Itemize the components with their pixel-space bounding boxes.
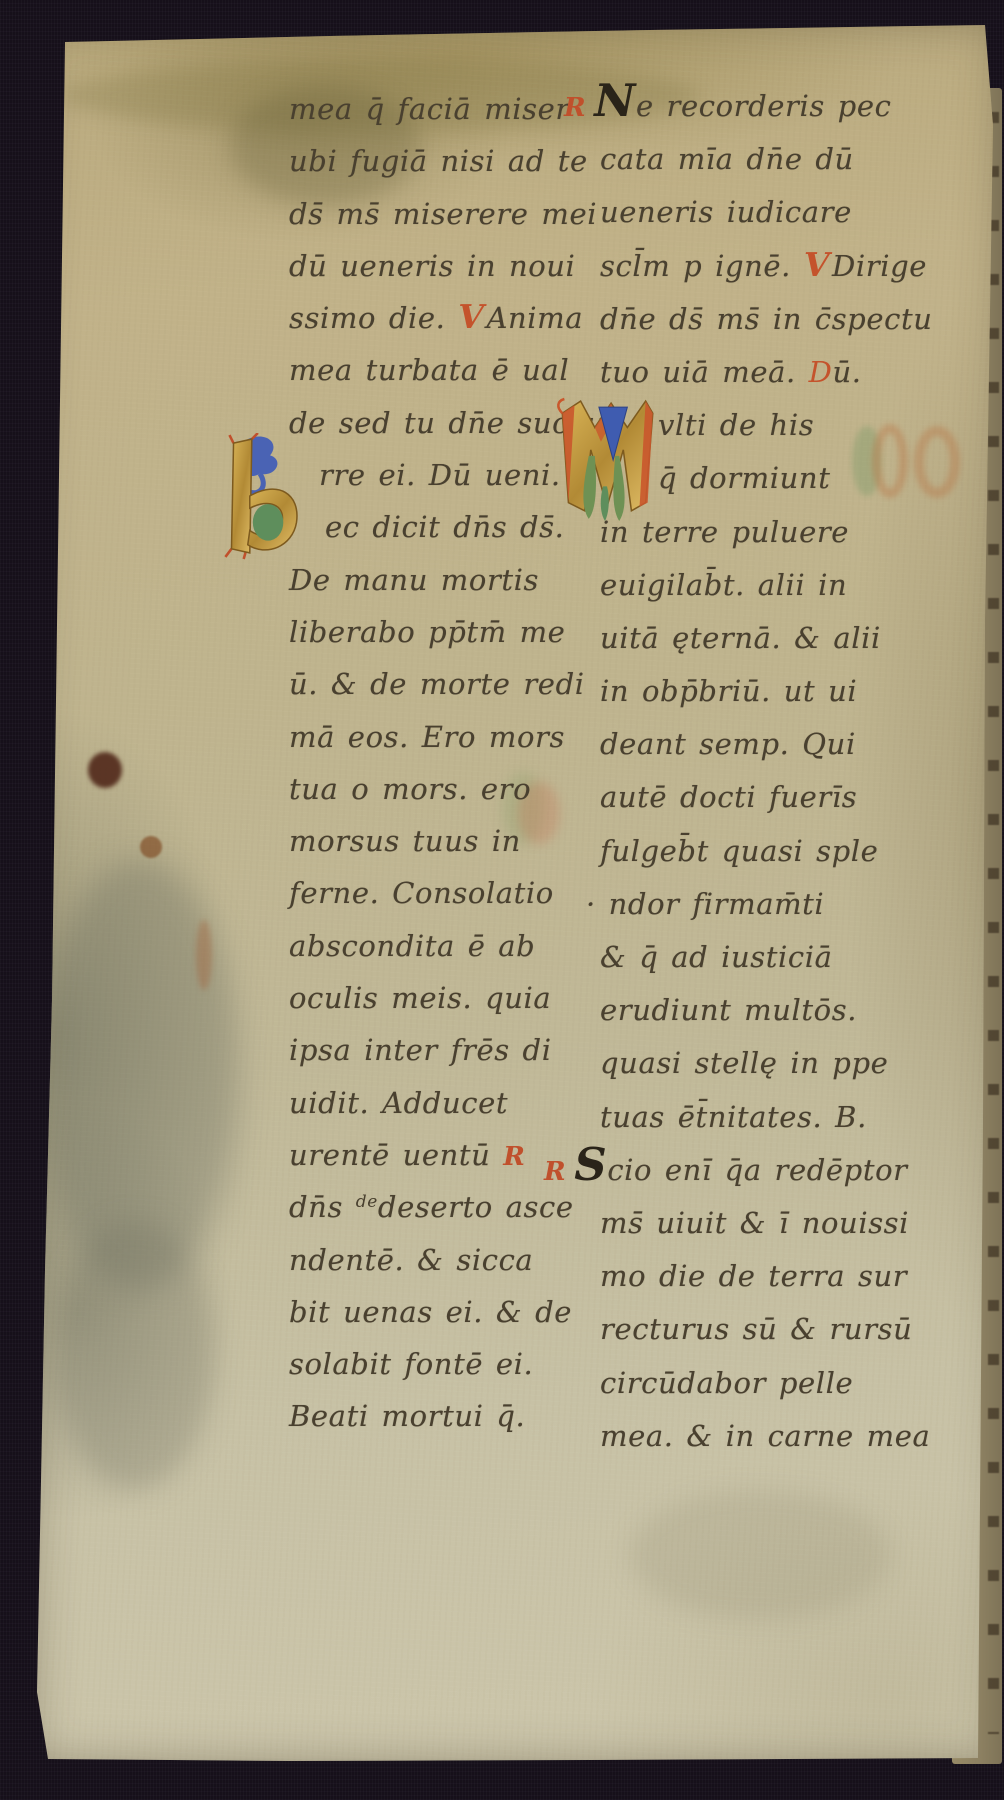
text-line: tuas ēt̄nitates. B.: [600, 1091, 932, 1144]
text-line: recturus sū & rursū: [600, 1303, 932, 1356]
stain-bottom-center: [630, 1490, 890, 1620]
text-run-ink: dn̄s: [289, 1190, 356, 1224]
text-line: cata mīa dn̄e dū: [600, 133, 932, 186]
text-line: tua o mors. ero: [289, 763, 605, 815]
text-run-ink: mo die de terra sur: [600, 1259, 907, 1293]
text-run-ink: q̄ dormiunt: [658, 461, 830, 495]
text-line: · ndor firmam̄ti: [586, 878, 932, 931]
text-run-ink: tua o mors. ero: [289, 772, 531, 806]
text-line: De manu mortis: [289, 554, 605, 606]
text-run-rubric-v: V: [804, 245, 830, 284]
text-run-ink: erudiunt multōs.: [600, 993, 857, 1027]
text-run-ink: ds̄ ms̄ miserere mei: [289, 197, 597, 231]
fore-edge-text-showthrough: [988, 112, 999, 1734]
text-run-rubric: R: [544, 1157, 566, 1187]
text-line: ubi fugiā nisi ad te: [289, 135, 605, 187]
text-line: ueneris iudicare: [600, 186, 932, 239]
text-line: ds̄ ms̄ miserere mei: [289, 188, 605, 240]
text-run-ink: euigilab̄t. alii in: [600, 568, 847, 602]
text-run-ink: dn̄e ds̄ ms̄ in c̄spectu: [600, 302, 932, 336]
text-run-ink: recturus sū & rursū: [600, 1312, 912, 1346]
text-line: abscondita ē ab: [289, 920, 605, 972]
left-text-column: mea q̄ faciā miserubi fugiā nisi ad teds…: [289, 83, 605, 1443]
text-line: ferne. Consolatio: [289, 867, 605, 919]
text-run-ink: solabit fontē ei.: [289, 1347, 533, 1381]
text-line: de sed tu dn̄e succu: [289, 397, 605, 449]
text-run-rubric-d: D: [809, 355, 833, 389]
text-run-versal: S: [574, 1138, 607, 1191]
text-line: RNe recorderis pec: [564, 80, 932, 133]
text-line: mea q̄ faciā miser: [289, 83, 605, 135]
text-run-ink: de sed tu dn̄e succu: [289, 406, 605, 440]
text-line: ū. & de morte redi: [289, 658, 605, 710]
text-run-ink: vlti de his: [658, 408, 814, 442]
text-line: mea turbata ē ual: [289, 344, 605, 396]
text-run-sup: de: [356, 1192, 378, 1212]
stain-left-smudge-large: [40, 860, 240, 1290]
stain-dark-spot: [88, 752, 122, 788]
text-line: liberabo pp̄tm̄ me: [289, 606, 605, 658]
text-run-ink: · ndor firmam̄ti: [586, 887, 824, 921]
text-run-ink: ueneris iudicare: [600, 195, 852, 229]
text-line: mea. & in carne mea: [600, 1410, 932, 1463]
text-line: scl̄m p ignē. VDirige: [600, 240, 932, 293]
right-text-column: RNe recorderis peccata mīa dn̄e dūueneri…: [600, 80, 932, 1463]
text-run-ink: deant semp. Qui: [600, 727, 856, 761]
stain-edge-smear: [196, 920, 212, 990]
text-line: in obp̄briū. ut ui: [600, 665, 932, 718]
text-line: Beati mortui q̄.: [289, 1390, 605, 1442]
text-line: autē docti fuerīs: [600, 771, 932, 824]
text-run-ink: ū. & de morte redi: [289, 667, 585, 701]
text-run-ink: rre ei. Dū ueni.: [319, 458, 561, 492]
text-line: deant semp. Qui: [600, 718, 932, 771]
text-line: ms̄ uiuit & ī nouissi: [600, 1197, 932, 1250]
text-line: oculis meis. quia: [289, 972, 605, 1024]
text-run-ink: oculis meis. quia: [289, 981, 551, 1015]
text-run-ink: uitā ęternā. & alii: [600, 621, 881, 655]
text-line: quasi stellę in ppe: [600, 1037, 932, 1090]
text-run-ink: morsus tuus in: [289, 824, 521, 858]
text-line: erudiunt multōs.: [600, 984, 932, 1037]
text-line: fulgeb̄t quasi sple: [600, 825, 932, 878]
text-line: uidit. Adducet: [289, 1077, 605, 1129]
text-run-ink: abscondita ē ab: [289, 929, 535, 963]
text-run-ink: De manu mortis: [289, 563, 539, 597]
stain-left-smudge-lower: [55, 1220, 215, 1490]
text-run-ink: in obp̄briū. ut ui: [600, 674, 857, 708]
text-line: euigilab̄t. alii in: [600, 559, 932, 612]
manuscript-photo: mea q̄ faciā miserubi fugiā nisi ad teds…: [0, 0, 1004, 1800]
text-run-ink: autē docti fuerīs: [600, 780, 857, 814]
text-line: bit uenas ei. & de: [289, 1286, 605, 1338]
text-run-ink: mea. & in carne mea: [600, 1419, 930, 1453]
text-run-ink: e recorderis pec: [636, 89, 892, 123]
text-run-ink: ubi fugiā nisi ad te: [289, 144, 588, 178]
text-run-ink: cata mīa dn̄e dū: [600, 142, 854, 176]
text-run-ink: dū ueneris in noui: [289, 249, 575, 283]
text-line: morsus tuus in: [289, 815, 605, 867]
text-run-ink: ec dicit dn̄s ds̄.: [325, 510, 564, 544]
text-line: dn̄e ds̄ ms̄ in c̄spectu: [600, 293, 932, 346]
text-run-rubric: R: [503, 1142, 525, 1172]
text-run-ink: bit uenas ei. & de: [289, 1295, 572, 1329]
text-line: ec dicit dn̄s ds̄.: [325, 501, 605, 553]
text-run-ink: ū.: [833, 355, 862, 389]
text-run-ink: mā eos. Ero mors: [289, 720, 565, 754]
text-run-ink: Beati mortui q̄.: [289, 1399, 525, 1433]
text-run-ink: & q̄ ad iusticiā: [600, 940, 832, 974]
text-run-ink: ferne. Consolatio: [289, 876, 554, 910]
text-line: ssimo die. VAnima: [289, 292, 605, 344]
text-line: rre ei. Dū ueni.: [319, 449, 605, 501]
text-line: uitā ęternā. & alii: [600, 612, 932, 665]
text-run-ink: mea turbata ē ual: [289, 353, 569, 387]
text-line: mo die de terra sur: [600, 1250, 932, 1303]
text-run-ink: uidit. Adducet: [289, 1086, 508, 1120]
text-line: solabit fontē ei.: [289, 1338, 605, 1390]
text-run-ink: quasi stellę in ppe: [600, 1046, 888, 1080]
text-run-ink: circūdabor pelle: [600, 1366, 853, 1400]
text-run-rubric-v: V: [458, 297, 484, 336]
text-run-ink: ms̄ uiuit & ī nouissi: [600, 1206, 909, 1240]
text-line: dū ueneris in noui: [289, 240, 605, 292]
text-line: RScio enī q̄a redēptor: [544, 1144, 932, 1197]
text-run-ink: Anima: [486, 301, 583, 335]
text-line: circūdabor pelle: [600, 1357, 932, 1410]
text-run-ink: ndentē. & sicca: [289, 1243, 533, 1277]
text-line: q̄ dormiunt: [658, 452, 932, 505]
text-line: ipsa inter frēs di: [289, 1024, 605, 1076]
text-run-ink: ssimo die.: [289, 301, 458, 335]
text-run-ink: in terre puluere: [600, 515, 849, 549]
text-run-rubric: R: [564, 93, 586, 123]
text-run-ink: tuo uiā meā.: [600, 355, 809, 389]
text-line: vlti de his: [658, 399, 932, 452]
stain-brown-dot: [140, 836, 162, 858]
text-run-ink: tuas ēt̄nitates. B.: [600, 1100, 867, 1134]
text-line: ndentē. & sicca: [289, 1234, 605, 1286]
text-run-ink: liberabo pp̄tm̄ me: [289, 615, 565, 649]
text-run-ink: ipsa inter frēs di: [289, 1033, 552, 1067]
text-run-ink: scl̄m p ignē.: [600, 249, 804, 283]
text-run-ink: cio enī q̄a redēptor: [607, 1153, 907, 1187]
text-line: mā eos. Ero mors: [289, 711, 605, 763]
text-line: & q̄ ad iusticiā: [600, 931, 932, 984]
text-run-ink: urentē uentū: [289, 1138, 503, 1172]
text-line: in terre puluere: [600, 506, 932, 559]
text-run-versal: N: [594, 74, 636, 127]
text-run-ink: fulgeb̄t quasi sple: [600, 834, 878, 868]
text-run-ink: mea q̄ faciā miser: [289, 92, 570, 126]
text-run-ink: Dirige: [832, 249, 927, 283]
text-line: tuo uiā meā. Dū.: [600, 346, 932, 399]
